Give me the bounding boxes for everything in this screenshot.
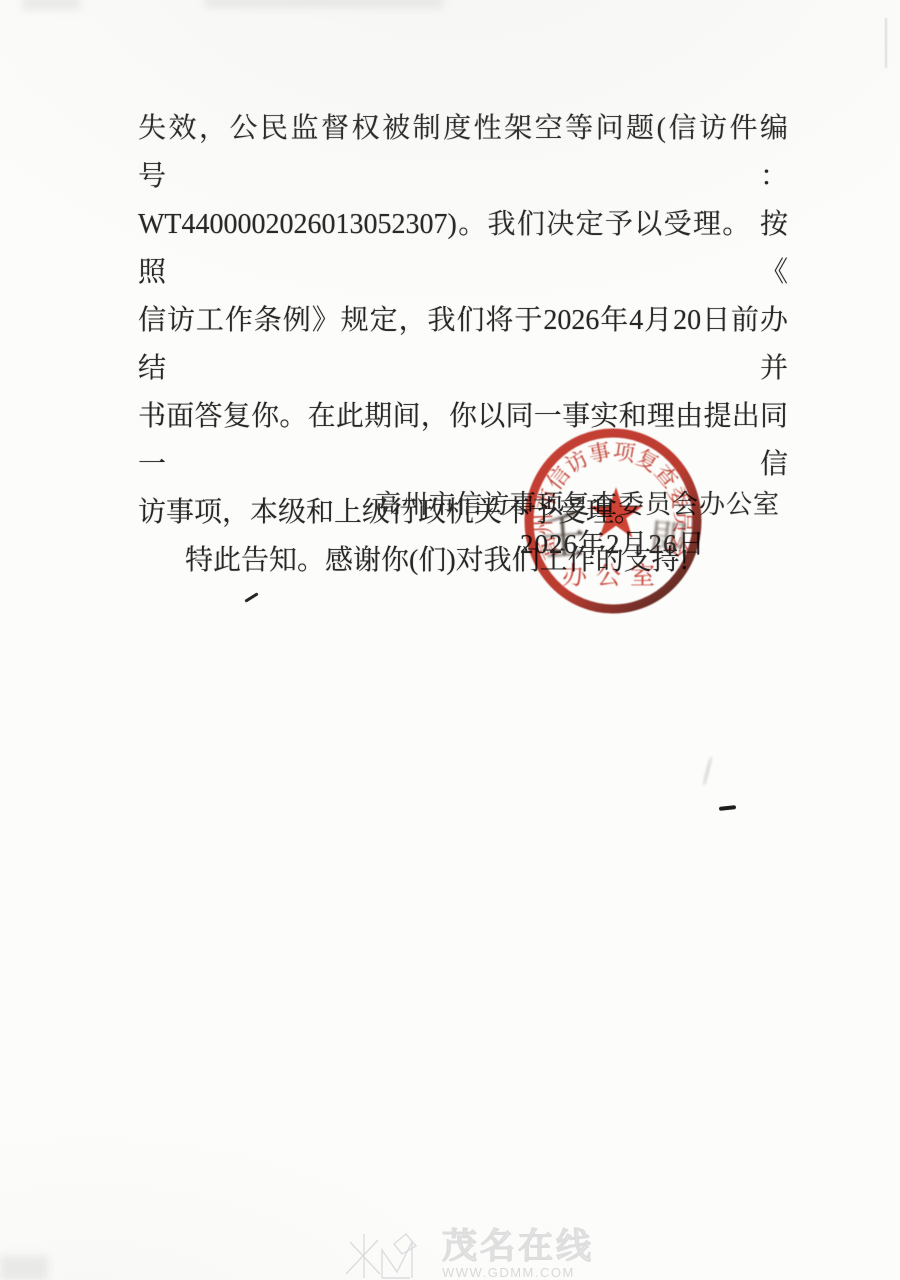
watermark-site-url: WWW.GDMM.COM bbox=[442, 1265, 594, 1280]
scan-artifact bbox=[0, 1256, 48, 1280]
scan-artifact bbox=[22, 0, 80, 10]
scan-artifact bbox=[205, 0, 443, 8]
scan-artifact bbox=[244, 592, 258, 602]
body-line: 失效，公民监督权被制度性架空等问题(信访件编号： bbox=[138, 105, 788, 201]
watermark-logo-icon bbox=[344, 1230, 436, 1280]
watermark: 茂名在线 WWW.GDMM.COM bbox=[344, 1230, 614, 1280]
body-line: WT4400002026013052307)。我们决定予以受理。 按照《 bbox=[138, 201, 788, 297]
star-icon bbox=[589, 487, 642, 538]
scan-artifact bbox=[719, 805, 736, 811]
seal-bottom-text: 办公室 bbox=[562, 562, 664, 590]
scan-artifact bbox=[702, 756, 712, 786]
scan-artifact bbox=[885, 18, 887, 68]
scanned-letter-page: 失效，公民监督权被制度性架空等问题(信访件编号： WT4400002026013… bbox=[0, 0, 900, 1280]
body-line: 信访工作条例》规定，我们将于2026年4月20日前办结并 bbox=[138, 297, 788, 393]
watermark-site-name: 茂名在线 bbox=[442, 1230, 594, 1264]
official-seal: 高州市信访事项复查委员会 办公室 bbox=[510, 416, 718, 624]
